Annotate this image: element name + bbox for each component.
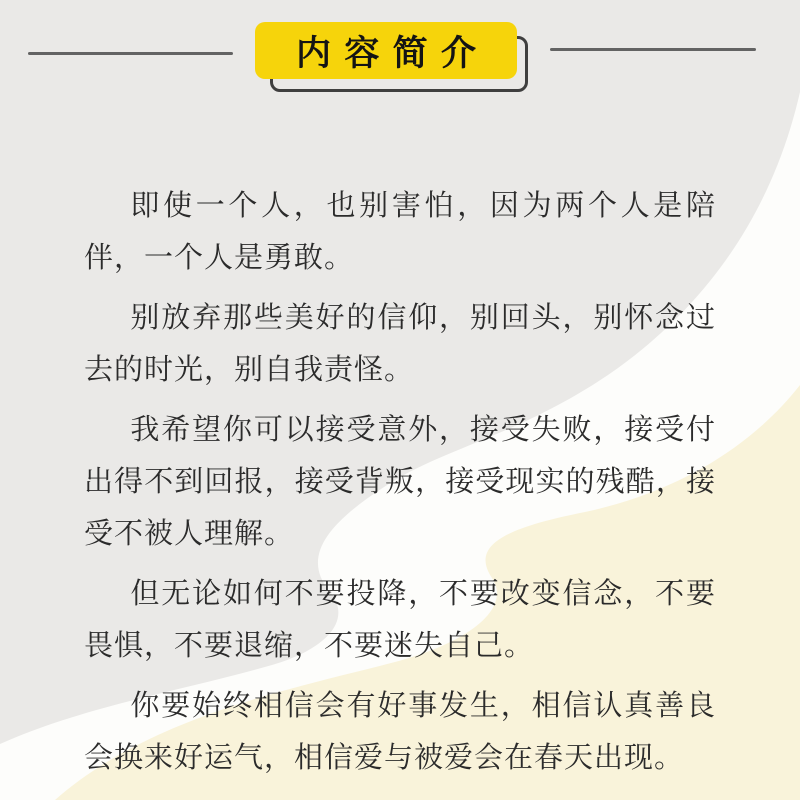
page-title: 内容简介 <box>296 26 489 76</box>
paragraph: 即使一个人，也别害怕，因为两个人是陪伴，一个人是勇敢。 <box>84 180 716 284</box>
content-paragraphs: 即使一个人，也别害怕，因为两个人是陪伴，一个人是勇敢。别放弃那些美好的信仰，别回… <box>0 180 800 792</box>
paragraph: 但无论如何不要投降，不要改变信念，不要畏惧，不要退缩，不要迷失自己。 <box>84 568 716 672</box>
title-badge: 内容简介 <box>255 22 530 94</box>
right-rule <box>550 48 756 51</box>
left-rule <box>28 52 233 55</box>
paragraph: 你要始终相信会有好事发生，相信认真善良会换来好运气，相信爱与被爱会在春天出现。 <box>84 680 716 784</box>
paragraph: 我希望你可以接受意外，接受失败，接受付出得不到回报，接受背叛，接受现实的残酷，接… <box>84 404 716 560</box>
book-intro-page: 内容简介 即使一个人，也别害怕，因为两个人是陪伴，一个人是勇敢。别放弃那些美好的… <box>0 0 800 800</box>
badge-yellow-box: 内容简介 <box>255 22 517 79</box>
paragraph: 别放弃那些美好的信仰，别回头，别怀念过去的时光，别自我责怪。 <box>84 292 716 396</box>
